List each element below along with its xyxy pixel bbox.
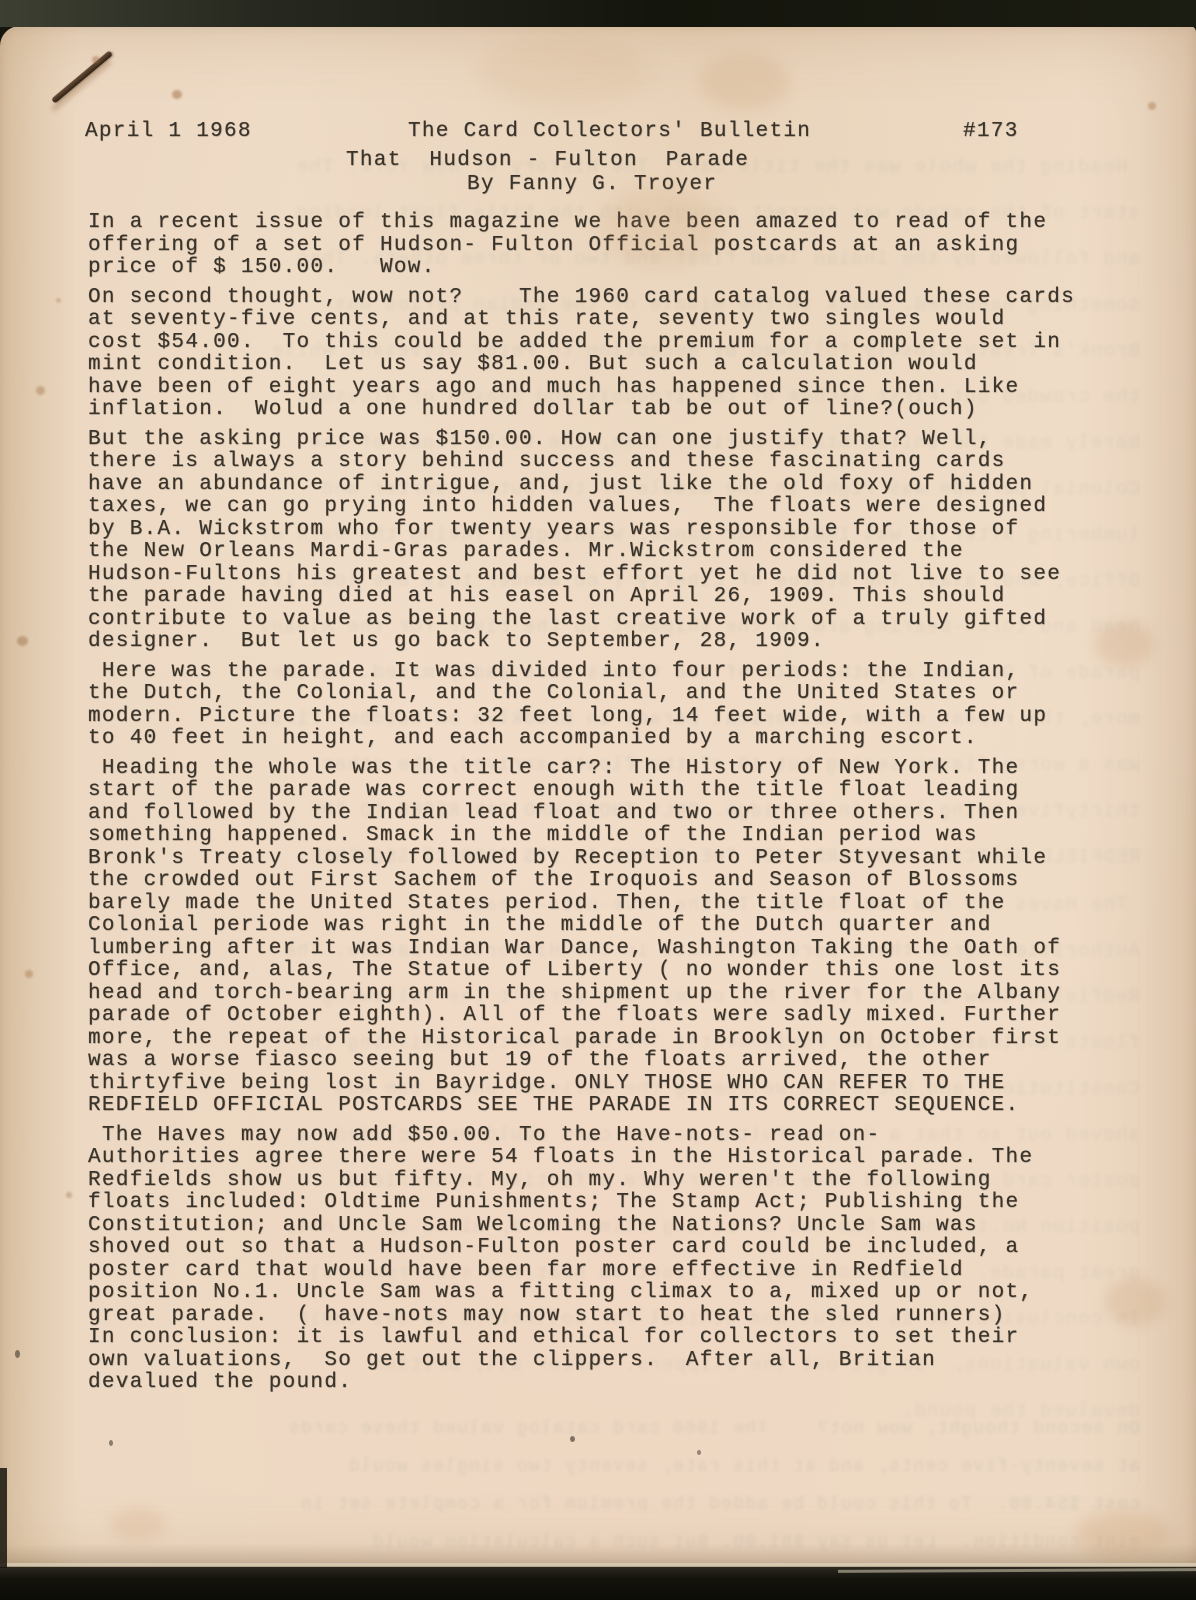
paragraph: In a recent issue of this magazine we ha… xyxy=(88,212,1075,280)
issue-number: #173 xyxy=(963,121,1019,144)
scan-top-edge xyxy=(0,0,1196,27)
paragraph: But the asking price was $150.00. How ca… xyxy=(88,429,1075,654)
page-edge-highlight xyxy=(0,1563,1196,1566)
paragraph: Here was the parade. It was divided into… xyxy=(88,661,1075,751)
paragraph: The Haves may now add $50.00. To the Hav… xyxy=(88,1125,1075,1395)
scan-left-edge xyxy=(0,1468,7,1568)
masthead: The Card Collectors' Bulletin xyxy=(408,121,811,144)
paragraph: Heading the whole was the title car?: Th… xyxy=(88,758,1075,1118)
article-title: That Hudson - Fulton Parade xyxy=(346,150,749,173)
staple xyxy=(51,50,113,103)
article-body: In a recent issue of this magazine we ha… xyxy=(88,212,1075,1402)
byline: By Fanny G. Troyer xyxy=(467,174,717,197)
issue-date: April 1 1968 xyxy=(85,121,252,144)
scanned-newsletter-page: { "document": { "date": "April 1 1968", … xyxy=(0,0,1196,1600)
bleedthrough-text: On second thought, wow not? The 1960 car… xyxy=(60,1410,1140,1562)
paragraph: On second thought, wow not? The 1960 car… xyxy=(88,287,1075,422)
document-page: Heading the whole was the title car?: Th… xyxy=(0,26,1196,1568)
